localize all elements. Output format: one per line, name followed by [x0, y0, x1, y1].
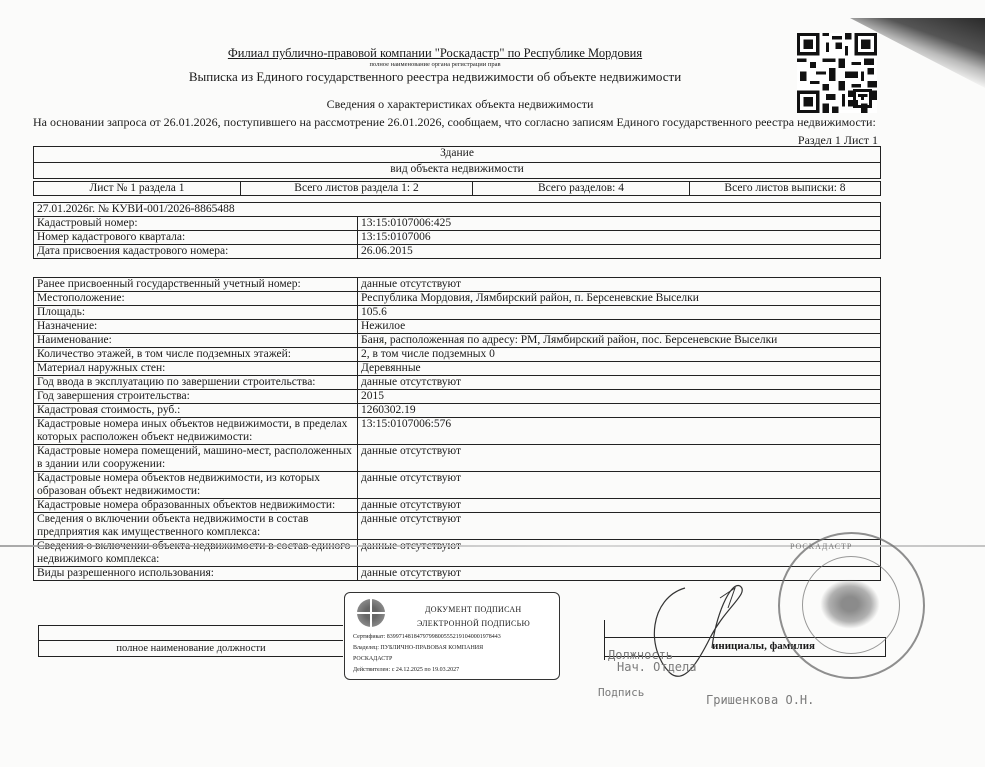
table-row: Наименование:Баня, расположенная по адре… [34, 334, 881, 348]
object-type-caption: вид объекта недвижимости [34, 163, 881, 179]
table-row: Материал наружных стен:Деревянные [34, 362, 881, 376]
electronic-signature-block: ДОКУМЕНТ ПОДПИСАН ЭЛЕКТРОННОЙ ПОДПИСЬЮ С… [344, 592, 560, 680]
row-label: Кадастровые номера помещений, машино-мес… [34, 445, 358, 472]
table-row: Местоположение:Республика Мордовия, Лямб… [34, 292, 881, 306]
section-title: Сведения о характеристиках объекта недви… [0, 97, 920, 112]
row-value: данные отсутствуют [358, 472, 881, 499]
row-label: Местоположение: [34, 292, 358, 306]
row-value: 13:15:0107006:576 [358, 418, 881, 445]
table-row: Год ввода в эксплуатацию по завершении с… [34, 376, 881, 390]
row-label: Год ввода в эксплуатацию по завершении с… [34, 376, 358, 390]
row-value: данные отсутствуют [358, 513, 881, 540]
sheet-info-table: Лист № 1 раздела 1 Всего листов раздела … [33, 181, 881, 196]
table-row: Год завершения строительства:2015 [34, 390, 881, 404]
row-value: данные отсутствуют [358, 499, 881, 513]
cadastral-quarter-label: Номер кадастрового квартала: [34, 231, 358, 245]
esig-valid: Действителен: с 24.12.2025 по 19.03.2027 [353, 667, 459, 673]
table-row: Сведения о включении объекта недвижимост… [34, 540, 881, 567]
position-field: полное наименование должности [38, 625, 343, 657]
row-label: Площадь: [34, 306, 358, 320]
row-value: данные отсутствуют [358, 445, 881, 472]
table-row: Назначение:Нежилое [34, 320, 881, 334]
sheet-number: Лист № 1 раздела 1 [34, 182, 241, 196]
total-sheets-section: Всего листов раздела 1: 2 [241, 182, 473, 196]
stamp-signature-label: Подпись [598, 686, 644, 699]
assignment-date-label: Дата присвоения кадастрового номера: [34, 245, 358, 259]
table-row: Кадастровые номера иных объектов недвижи… [34, 418, 881, 445]
registration-number: 27.01.2026г. № КУВИ-001/2026-8865488 [34, 203, 881, 217]
row-value: 1260302.19 [358, 404, 881, 418]
organization-name: Филиал публично-правовой компании "Роска… [0, 46, 870, 61]
row-label: Кадастровая стоимость, руб.: [34, 404, 358, 418]
total-sections: Всего разделов: 4 [473, 182, 690, 196]
table-row: Площадь:105.6 [34, 306, 881, 320]
cadastral-quarter-value: 13:15:0107006 [358, 231, 881, 245]
object-type-value: Здание [34, 147, 881, 163]
row-label: Год завершения строительства: [34, 390, 358, 404]
basis-text: На основании запроса от 26.01.2026, пост… [33, 115, 876, 130]
cadastral-number-label: Кадастровый номер: [34, 217, 358, 231]
total-sheets-extract: Всего листов выписки: 8 [690, 182, 881, 196]
seal-text: РОСКАДАСТР [790, 542, 852, 551]
esig-certificate: Сертификат: 8399714818479799800555219104… [353, 634, 501, 640]
handwritten-signature-icon [640, 578, 760, 698]
row-value: 105.6 [358, 306, 881, 320]
row-label: Назначение: [34, 320, 358, 334]
row-label: Виды разрешенного использования: [34, 567, 358, 581]
characteristics-table: Ранее присвоенный государственный учетны… [33, 277, 881, 581]
esig-owner-2: РОСКАДАСТР [353, 656, 392, 662]
cadastral-number-value: 13:15:0107006:425 [358, 217, 881, 231]
esig-owner: Владелец: ПУБЛИЧНО-ПРАВОВАЯ КОМПАНИЯ [353, 645, 483, 651]
row-label: Сведения о включении объекта недвижимост… [34, 513, 358, 540]
row-label: Наименование: [34, 334, 358, 348]
table-row: Кадастровая стоимость, руб.:1260302.19 [34, 404, 881, 418]
table-row: Кадастровые номера помещений, машино-мес… [34, 445, 881, 472]
signature-logo-icon [357, 599, 385, 627]
stamp-signer-name: Гришенкова О.Н. [706, 693, 814, 707]
table-row: Кадастровые номера образованных объектов… [34, 499, 881, 513]
object-type-table: Здание вид объекта недвижимости [33, 146, 881, 179]
esig-title-1: ДОКУМЕНТ ПОДПИСАН [425, 605, 522, 614]
registration-table: 27.01.2026г. № КУВИ-001/2026-8865488 Кад… [33, 202, 881, 259]
esig-title-2: ЭЛЕКТРОННОЙ ПОДПИСЬЮ [417, 619, 530, 628]
document-title: Выписка из Единого государственного реес… [0, 69, 870, 85]
row-value: данные отсутствуют [358, 376, 881, 390]
row-label: Сведения о включении объекта недвижимост… [34, 540, 358, 567]
table-row: Количество этажей, в том числе подземных… [34, 348, 881, 362]
table-row: Кадастровые номера объектов недвижимости… [34, 472, 881, 499]
eagle-emblem-icon [820, 579, 880, 629]
row-label: Кадастровые номера иных объектов недвижи… [34, 418, 358, 445]
stamp-position-value: Нач. Отдела [617, 660, 696, 674]
row-value: данные отсутствуют [358, 278, 881, 292]
row-value: Деревянные [358, 362, 881, 376]
row-label: Кадастровые номера объектов недвижимости… [34, 472, 358, 499]
row-value: Республика Мордовия, Лямбирский район, п… [358, 292, 881, 306]
table-row: Сведения о включении объекта недвижимост… [34, 513, 881, 540]
qr-code-icon [797, 33, 877, 113]
position-caption: полное наименование должности [38, 640, 343, 657]
row-label: Количество этажей, в том числе подземных… [34, 348, 358, 362]
row-value: 2, в том числе подземных 0 [358, 348, 881, 362]
row-value: Баня, расположенная по адресу: РМ, Лямби… [358, 334, 881, 348]
table-row: Ранее присвоенный государственный учетны… [34, 278, 881, 292]
row-label: Материал наружных стен: [34, 362, 358, 376]
row-label: Кадастровые номера образованных объектов… [34, 499, 358, 513]
row-value: Нежилое [358, 320, 881, 334]
assignment-date-value: 26.06.2015 [358, 245, 881, 259]
row-label: Ранее присвоенный государственный учетны… [34, 278, 358, 292]
official-seal-icon: РОСКАДАСТР [778, 532, 925, 679]
organization-caption: полное наименование органа регистрации п… [0, 61, 870, 68]
row-value: 2015 [358, 390, 881, 404]
